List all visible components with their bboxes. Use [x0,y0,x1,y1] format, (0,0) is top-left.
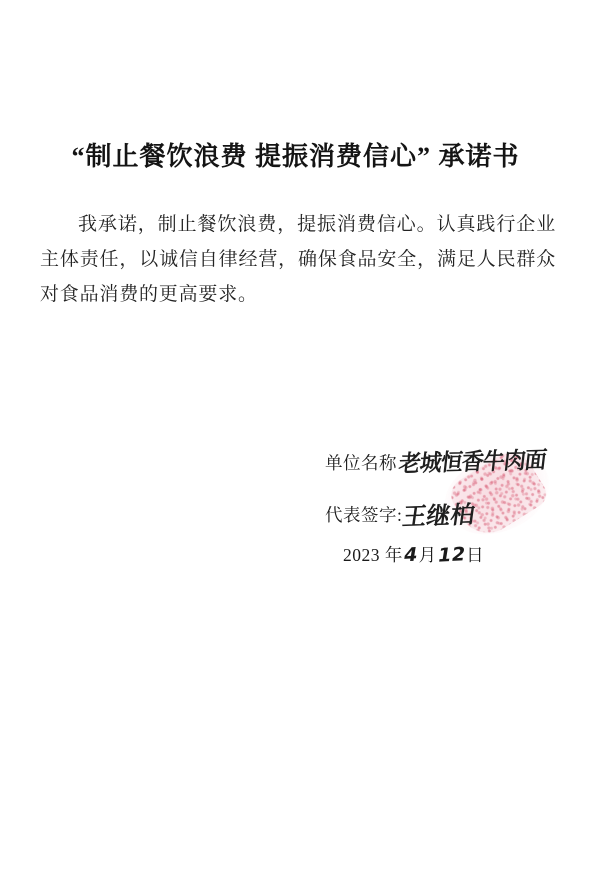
signature-block: 单位名称老城恒香牛肉面 代表签字:王继柏 2023 年4月12日 [0,0,591,886]
representative-signature-label: 代表签字: [325,505,402,525]
representative-signature-row: 代表签字:王继柏 [325,497,475,532]
representative-signature-handwritten: 王继柏 [401,494,478,532]
unit-name-row: 单位名称老城恒香牛肉面 [325,447,546,478]
date-line: 2023 年4月12日 [343,542,484,567]
unit-name-label: 单位名称 [325,453,397,473]
document-page: “制止餐饮浪费 提振消费信心” 承诺书 我承诺，制止餐饮浪费，提振消费信心。认真… [0,0,591,886]
document-title: “制止餐饮浪费 提振消费信心” 承诺书 [0,136,591,173]
date-month-handwritten: 4 [402,544,419,567]
date-month-label: 月 [419,545,437,565]
date-day-handwritten: 12 [436,543,467,566]
unit-name-handwritten: 老城恒香牛肉面 [397,442,548,479]
date-year: 2023 年 [343,545,403,565]
date-day-label: 日 [466,545,484,565]
body-paragraph: 我承诺，制止餐饮浪费，提振消费信心。认真践行企业主体责任，以诚信自律经营，确保食… [40,207,556,312]
red-ink-seal-stamp [445,444,552,544]
